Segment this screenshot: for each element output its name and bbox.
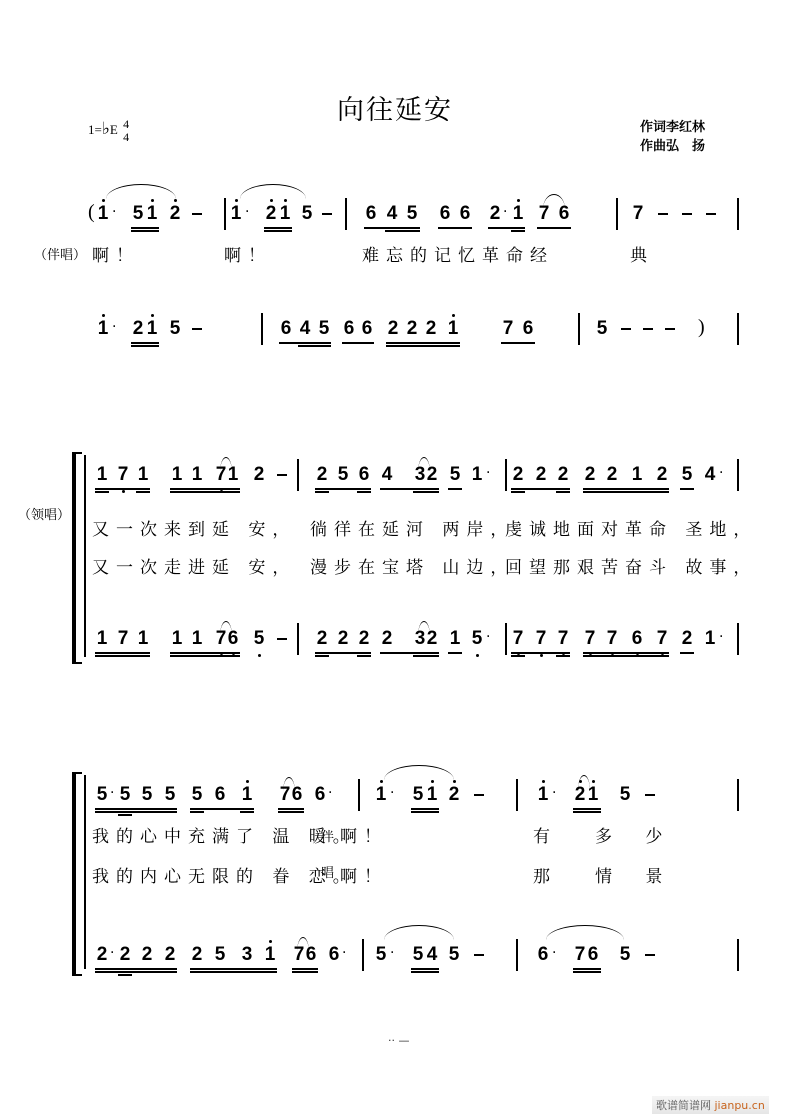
slur [297, 937, 309, 952]
note: 2 [534, 463, 548, 487]
augmentation-dot: · [552, 785, 556, 801]
note: 5 [470, 627, 484, 651]
note: 4 [298, 317, 312, 341]
verse-upper-staff-2: 5·555 561 76 6· 1· 51 2 1· 21 5 [0, 783, 790, 813]
lyric: 啊！ [224, 241, 272, 266]
lyric: 徜徉在延河 两岸， [310, 515, 514, 540]
underline [448, 488, 462, 490]
barline [224, 198, 226, 230]
note: 5 [300, 202, 314, 226]
slur [283, 777, 295, 792]
time-signature: 44 [123, 118, 129, 144]
note: 4 [380, 463, 394, 487]
lyric: 啊！ [340, 862, 388, 887]
note: 1 [96, 202, 110, 226]
intro-staff-1: ( 1· 51 2 1· 21 5 645 66 2·1 76 7 [0, 202, 790, 232]
underline [357, 655, 371, 657]
note: 5 [190, 783, 204, 807]
note: 5 [374, 943, 388, 967]
lyric: 有 多 少 [533, 822, 676, 847]
note: 2 [488, 202, 502, 226]
underline [264, 230, 292, 232]
note: 2 [447, 783, 461, 807]
lyric: 我的心中充满了 温 暖。 [92, 822, 357, 847]
key-prefix: 1= [88, 122, 102, 137]
note: 1 [425, 783, 439, 807]
note: 1 [536, 783, 550, 807]
note: 5 [163, 783, 177, 807]
credits: 作词李红林 作曲弘 扬 [640, 118, 705, 156]
barline [737, 313, 739, 345]
slur [546, 925, 624, 940]
lyric-small: 伴 [321, 826, 334, 845]
note: 5 [618, 943, 632, 967]
slur [578, 775, 590, 790]
underline [511, 655, 525, 657]
note: 1 [374, 783, 388, 807]
note: 7 [655, 627, 669, 651]
barline [358, 779, 360, 811]
note: 7 [605, 627, 619, 651]
underline [511, 230, 525, 232]
barline [297, 623, 299, 655]
note: 2 [357, 627, 371, 651]
note: 6 [458, 202, 472, 226]
lyric: 回望那艰苦奋斗 故事， [505, 553, 757, 578]
note: 1 [190, 463, 204, 487]
lead-label: （领唱） [18, 504, 70, 523]
note: 6 [357, 463, 371, 487]
augmentation-dot: · [112, 204, 116, 220]
underline [386, 345, 460, 347]
slur [384, 765, 454, 780]
note: 6 [630, 627, 644, 651]
underline [413, 491, 439, 493]
barline [505, 623, 507, 655]
augmentation-dot: · [245, 204, 249, 220]
underline [118, 974, 132, 976]
dash [643, 328, 653, 330]
underline [411, 811, 439, 813]
slur [543, 194, 565, 209]
watermark: 歌谱简谱网 jianpu.cn [652, 1096, 769, 1114]
note: 6 [586, 943, 600, 967]
barline [505, 459, 507, 491]
underline [583, 488, 669, 490]
note: 5 [447, 943, 461, 967]
note: 2 [95, 943, 109, 967]
note: 5 [252, 627, 266, 651]
lyric: 典 [630, 241, 654, 266]
note: 2 [680, 627, 694, 651]
dash [192, 328, 202, 330]
note: 2 [336, 627, 350, 651]
note: 3 [240, 943, 254, 967]
verse-lower-staff-1: 171 1176 5 222 232 1 5· 777 7767 2 1· [0, 627, 790, 657]
underline [511, 491, 525, 493]
note: 2 [380, 627, 394, 651]
note: 1 [95, 627, 109, 651]
underline [556, 491, 570, 493]
barline [737, 198, 739, 230]
lyric: 啊！ [340, 822, 388, 847]
note: 1 [170, 627, 184, 651]
augmentation-dot: · [328, 785, 332, 801]
note: 7 [116, 627, 130, 651]
augmentation-dot: · [112, 319, 116, 335]
dash [277, 474, 287, 476]
slur [220, 457, 232, 472]
lyric: 又一次来到延 安， [92, 515, 296, 540]
underline [190, 968, 277, 970]
augmentation-dot: · [486, 629, 490, 645]
intro-label: （伴唱） [34, 244, 86, 263]
note: 2 [118, 943, 132, 967]
underline [556, 655, 570, 657]
barline [261, 313, 263, 345]
underline [95, 971, 177, 973]
note: 2 [386, 317, 400, 341]
note: 5 [317, 317, 331, 341]
note: 5 [140, 783, 154, 807]
verse-upper-staff-1: 171 1171 2 256 432 5 1· 222 2212 5 4· [0, 463, 790, 493]
note: 2 [190, 943, 204, 967]
note: 5 [411, 783, 425, 807]
note: 6 [360, 317, 374, 341]
underline [411, 971, 439, 973]
note: 2 [264, 202, 278, 226]
note: 6 [521, 317, 535, 341]
underline [190, 971, 277, 973]
underline [448, 652, 462, 654]
note: 5 [595, 317, 609, 341]
underline [583, 655, 669, 657]
note: 6 [438, 202, 452, 226]
key-note: E [110, 122, 118, 137]
underline [131, 230, 159, 232]
note: 5 [168, 317, 182, 341]
note: 2 [405, 317, 419, 341]
note: 4 [385, 202, 399, 226]
dash [706, 213, 716, 215]
note: 1 [263, 943, 277, 967]
underline [364, 227, 420, 229]
lyric: 我的内心无限的 眷 恋。 [92, 862, 357, 887]
underline [680, 652, 694, 654]
underline [95, 808, 177, 810]
time-top: 4 [123, 117, 129, 131]
note: 7 [534, 627, 548, 651]
underline [680, 488, 694, 490]
note: 2 [163, 943, 177, 967]
augmentation-dot: · [390, 945, 394, 961]
note: 6 [313, 783, 327, 807]
note: 6 [279, 317, 293, 341]
note: 1 [229, 202, 243, 226]
dash [277, 638, 287, 640]
underline [411, 808, 439, 810]
note: 6 [536, 943, 550, 967]
augmentation-dot: · [719, 629, 723, 645]
underline [298, 345, 331, 347]
lyric: 漫步在宝塔 山边， [310, 553, 514, 578]
underline [95, 811, 177, 813]
augmentation-dot: · [342, 945, 346, 961]
note: 5 [131, 202, 145, 226]
time-bottom: 4 [123, 130, 129, 144]
slur [418, 457, 430, 472]
dash [645, 954, 655, 956]
underline [342, 342, 374, 344]
note: 1 [145, 202, 159, 226]
note: 5 [118, 783, 132, 807]
underline [170, 652, 240, 654]
barline [345, 198, 347, 230]
underline [438, 227, 472, 229]
intro-staff-2: 1· 21 5 645 66 2221 76 5 ) [0, 317, 790, 347]
lyric: 啊！ [92, 241, 140, 266]
underline [315, 491, 329, 493]
note: 5 [95, 783, 109, 807]
underline [95, 968, 177, 970]
underline [583, 652, 669, 654]
underline [279, 342, 331, 344]
augmentation-dot: · [503, 204, 507, 220]
note: 2 [315, 627, 329, 651]
underline [573, 968, 601, 970]
lyric: 那 情 景 [533, 862, 676, 887]
underline [573, 971, 601, 973]
flat-icon: ♭ [102, 119, 110, 138]
dash [322, 213, 332, 215]
note: 1 [170, 463, 184, 487]
augmentation-dot: · [110, 945, 114, 961]
note: 4 [703, 463, 717, 487]
note: 1 [190, 627, 204, 651]
note: 1 [470, 463, 484, 487]
note: 7 [511, 627, 525, 651]
underline [511, 652, 570, 654]
note: 2 [605, 463, 619, 487]
augmentation-dot: · [486, 465, 490, 481]
underline [95, 655, 150, 657]
underline [385, 230, 420, 232]
note: 5 [405, 202, 419, 226]
note: 2 [583, 463, 597, 487]
underline [190, 808, 254, 810]
dash [682, 213, 692, 215]
underline [583, 491, 669, 493]
underline [501, 342, 535, 344]
note: 5 [680, 463, 694, 487]
augmentation-dot: · [110, 785, 114, 801]
note: 2 [131, 317, 145, 341]
note: 1 [446, 317, 460, 341]
barline [297, 459, 299, 491]
lyric: 虔诚地面对革命 圣地， [505, 515, 757, 540]
underline [131, 227, 159, 229]
page-mark: ·· — [388, 1034, 410, 1047]
dash [665, 328, 675, 330]
barline [737, 939, 739, 971]
underline [170, 488, 240, 490]
underline [573, 811, 601, 813]
note: 1 [240, 783, 254, 807]
underline [292, 968, 318, 970]
augmentation-dot: · [390, 785, 394, 801]
underline [136, 491, 150, 493]
note: 2 [556, 463, 570, 487]
underline [170, 491, 240, 493]
dash [658, 213, 668, 215]
underline [380, 652, 439, 654]
underline [573, 808, 601, 810]
note: 1 [136, 627, 150, 651]
note: 5 [618, 783, 632, 807]
underline [315, 488, 371, 490]
underline [131, 345, 159, 347]
note: 5 [448, 463, 462, 487]
note: 7 [556, 627, 570, 651]
composer: 作曲弘 扬 [640, 137, 705, 156]
underline [511, 488, 570, 490]
augmentation-dot: · [719, 465, 723, 481]
dash [474, 794, 484, 796]
underline [190, 811, 204, 813]
barline [616, 198, 618, 230]
note: 6 [213, 783, 227, 807]
lyric-small: 唱 [321, 862, 334, 881]
dash [474, 954, 484, 956]
note: 7 [583, 627, 597, 651]
open-paren: ( [88, 201, 95, 224]
underline [315, 652, 371, 654]
note: 2 [315, 463, 329, 487]
note: 5 [213, 943, 227, 967]
underline [315, 655, 329, 657]
underline [95, 491, 109, 493]
note: 5 [411, 943, 425, 967]
note: 1 [136, 463, 150, 487]
note: 2 [511, 463, 525, 487]
key-signature: 1=♭E 44 [88, 118, 129, 144]
underline [240, 811, 254, 813]
barline [737, 623, 739, 655]
underline [264, 227, 292, 229]
note: 6 [364, 202, 378, 226]
underline [413, 655, 439, 657]
underline [292, 971, 318, 973]
note: 1 [96, 317, 110, 341]
underline [278, 811, 304, 813]
lyric: 又一次走进延 安， [92, 553, 296, 578]
note: 1 [511, 202, 525, 226]
underline [95, 652, 150, 654]
dash [645, 794, 655, 796]
dash [192, 213, 202, 215]
note: 1 [145, 317, 159, 341]
note: 2 [140, 943, 154, 967]
dash [621, 328, 631, 330]
slur [106, 184, 176, 199]
slur [240, 184, 306, 199]
verse-lower-staff-2: 2·222 2531 76 6· 5· 54 5 6· 76 5 [0, 943, 790, 973]
note: 1 [703, 627, 717, 651]
close-paren: ) [698, 316, 705, 339]
underline [488, 227, 525, 229]
note: 5 [336, 463, 350, 487]
underline [95, 488, 150, 490]
barline [516, 779, 518, 811]
note: 1 [278, 202, 292, 226]
note: 2 [655, 463, 669, 487]
underline [170, 655, 240, 657]
augmentation-dot: · [552, 945, 556, 961]
barline [578, 313, 580, 345]
slur [220, 621, 232, 636]
barline [737, 459, 739, 491]
underline [537, 227, 571, 229]
underline [386, 342, 460, 344]
lyricist: 作词李红林 [640, 118, 705, 137]
note: 6 [342, 317, 356, 341]
lyric: 难忘的记忆革命经 [362, 241, 554, 266]
note: 2 [252, 463, 266, 487]
note: 1 [630, 463, 644, 487]
note: 7 [573, 943, 587, 967]
note: 1 [448, 627, 462, 651]
note: 7 [116, 463, 130, 487]
note: 7 [501, 317, 515, 341]
note: 6 [327, 943, 341, 967]
note: 2 [424, 317, 438, 341]
underline [278, 808, 304, 810]
barline [737, 779, 739, 811]
note: 7 [631, 202, 645, 226]
note: 4 [425, 943, 439, 967]
underline [380, 488, 439, 490]
slur [384, 925, 454, 940]
underline [357, 491, 371, 493]
barline [516, 939, 518, 971]
watermark-cn: 歌谱简谱网 [656, 1099, 711, 1112]
underline [411, 968, 439, 970]
slur [418, 621, 430, 636]
barline [362, 939, 364, 971]
watermark-en: jianpu.cn [715, 1099, 765, 1112]
note: 1 [95, 463, 109, 487]
note: 2 [168, 202, 182, 226]
underline [118, 814, 132, 816]
underline [131, 342, 159, 344]
